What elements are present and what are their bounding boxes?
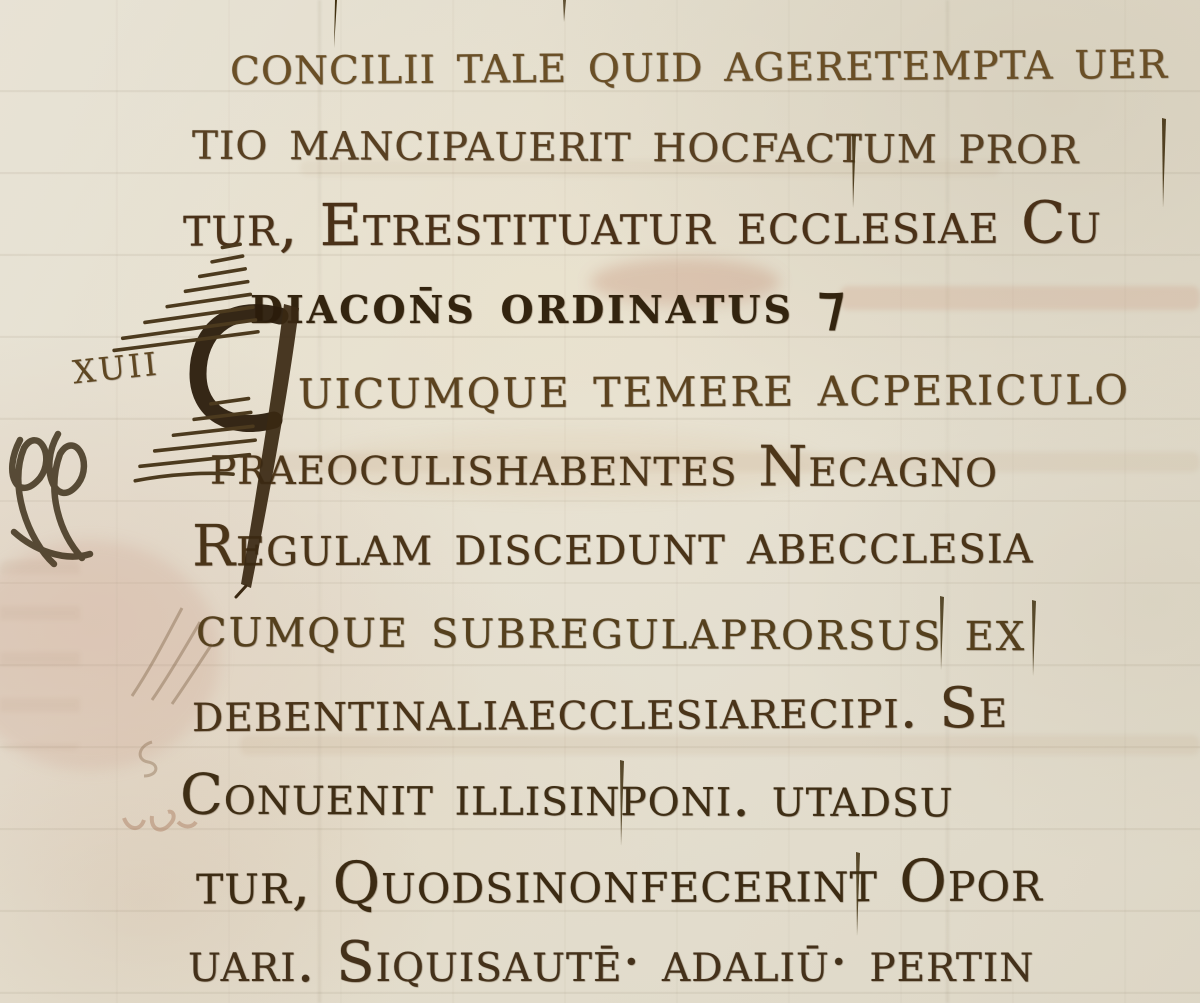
text-line: Conuenit illisinponi. utadsu [180, 763, 954, 831]
stroke-descender [1158, 118, 1168, 208]
margin-scribble [122, 736, 182, 780]
stroke-descender [1028, 600, 1038, 676]
text-line: concilii tale quid ageretempta uer [230, 27, 1168, 99]
text-line: tur, Etrestituatur ecclesiae Cu [183, 188, 1102, 259]
show-through-column [0, 560, 80, 750]
text-line: cumque subregulaprorsus ex [196, 594, 1027, 664]
text-line: tur, Quodsinonfecerint Opor [196, 847, 1043, 918]
text-line: debentinaliaecclesiarecipi. Se [192, 676, 1008, 745]
show-through-text [840, 286, 1200, 310]
margin-scribble [116, 788, 200, 840]
stroke-descender [848, 134, 858, 208]
stroke-descender [936, 596, 946, 670]
stroke-descender [330, 0, 340, 48]
text-line: tio mancipauerit hocfactum pror [192, 108, 1080, 178]
knot-flourish-icon [0, 412, 144, 582]
pyramid-flourish-top-icon [99, 239, 262, 353]
text-line-rubric: diacon̄s ordinatus ⁊ [250, 272, 848, 336]
text-line: Regulam discedunt abecclesia [192, 511, 1034, 580]
stroke-descender [852, 852, 862, 936]
stroke-descender [616, 760, 626, 846]
text-line: praeoculishabentes Necagno [210, 433, 998, 501]
text-line: uicumque temere acpericulo [298, 350, 1130, 422]
stroke-descender [560, 0, 568, 22]
text-line: uari. Siquisautē· adaliū· pertin [188, 930, 1034, 995]
margin-scribble [112, 596, 222, 716]
